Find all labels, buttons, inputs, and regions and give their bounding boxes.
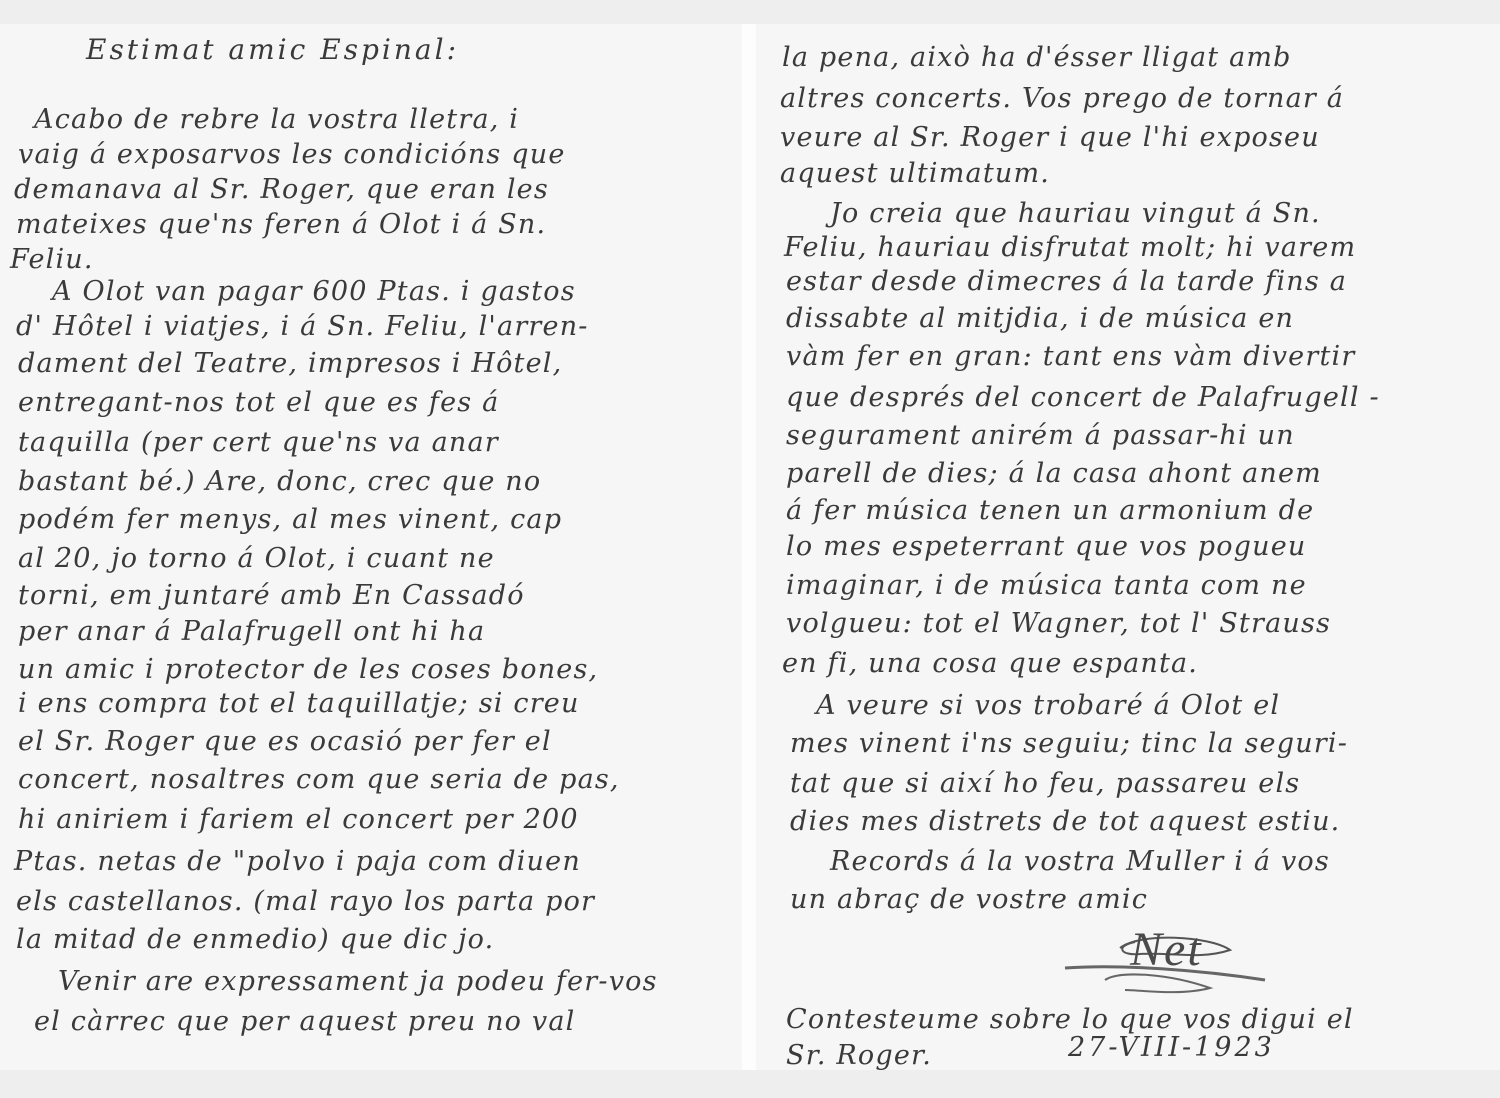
- postscript-line: Contesteume sobre lo que vos digui el: [786, 1006, 1354, 1033]
- letter-line: un amic i protector de les coses bones,: [18, 656, 598, 683]
- letter-line: vàm fer en gran: tant ens vàm divertir: [786, 343, 1355, 370]
- letter-line: demanava al Sr. Roger, que eran les: [14, 176, 549, 203]
- letter-line: parell de dies; á la casa ahont anem: [786, 460, 1322, 487]
- letter-line: d' Hôtel i viatjes, i á Sn. Feliu, l'arr…: [16, 313, 589, 340]
- letter-line: dissabte al mitjdia, i de música en: [786, 305, 1294, 332]
- letter-line: la pena, això ha d'ésser lligat amb: [782, 44, 1292, 71]
- letter-line: en fi, una cosa que espanta.: [782, 650, 1198, 677]
- letter-line: i ens compra tot el taquillatje; si creu: [18, 690, 580, 717]
- letter-line: Jo creia que hauriau vingut á Sn.: [830, 200, 1321, 227]
- letter-line: vaig á exposarvos les condicións que: [18, 141, 566, 168]
- letter-date: 27-VIII-1923: [1068, 1034, 1275, 1061]
- letter-line: Feliu, hauriau disfrutat molt; hi varem: [784, 234, 1356, 261]
- letter-line: concert, nosaltres com que seria de pas,: [18, 766, 620, 793]
- letter-line: els castellanos. (mal rayo los parta por: [16, 888, 595, 915]
- letter-line: lo mes espeterrant que vos pogueu: [786, 533, 1307, 560]
- letter-line: per anar á Palafrugell ont hi ha: [18, 618, 485, 645]
- letter-line: podém fer menys, al mes vinent, cap: [18, 506, 562, 533]
- letter-line: que després del concert de Palafrugell -: [786, 384, 1380, 411]
- letter-line: entregant-nos tot el que es fes á: [18, 389, 499, 416]
- letter-line: el càrrec que per aquest preu no val: [34, 1008, 576, 1035]
- letter-line: la mitad de enmedio) que dic jo.: [16, 926, 494, 953]
- letter-line: segurament anirém á passar-hi un: [786, 422, 1295, 449]
- letter-line: hi aniriem i fariem el concert per 200: [18, 806, 579, 833]
- letter-salutation: Estimat amic Espinal:: [86, 36, 459, 64]
- letter-line: dament del Teatre, impresos i Hôtel,: [18, 350, 562, 377]
- letter-line: á fer música tenen un armonium de: [786, 497, 1314, 524]
- letter-line: Venir are expressament ja podeu fer-vos: [58, 968, 658, 995]
- letter-line: volgueu: tot el Wagner, tot l' Strauss: [786, 610, 1331, 637]
- letter-line: mes vinent i'ns seguiu; tinc la seguri-: [790, 730, 1348, 757]
- letter-line: imaginar, i de música tanta com ne: [786, 572, 1307, 599]
- letter-line: Records á la vostra Muller i á vos: [830, 848, 1330, 875]
- letter-line: Feliu.: [10, 246, 94, 273]
- letter-line: el Sr. Roger que es ocasió per fer el: [18, 728, 552, 755]
- page-gutter: [742, 24, 756, 1070]
- letter-line: al 20, jo torno á Olot, i cuant ne: [18, 545, 495, 572]
- letter-line: un abraç de vostre amic: [790, 886, 1148, 913]
- letter-line: veure al Sr. Roger i que l'hi exposeu: [780, 124, 1320, 151]
- signature: Net: [1130, 922, 1203, 977]
- letter-line: Acabo de rebre la vostra lletra, i: [34, 106, 519, 133]
- letter-line: bastant bé.) Are, donc, crec que no: [18, 468, 541, 495]
- letter-line: aquest ultimatum.: [780, 160, 1050, 187]
- letter-line: mateixes que'ns feren á Olot i á Sn.: [16, 211, 546, 238]
- letter-line: taquilla (per cert que'ns va anar: [18, 429, 499, 456]
- postscript-line: Sr. Roger.: [786, 1042, 932, 1069]
- letter-line: Ptas. netas de "polvo i paja com diuen: [14, 848, 581, 875]
- letter-line: dies mes distrets de tot aquest estiu.: [790, 808, 1340, 835]
- letter-line: estar desde dimecres á la tarde fins a: [786, 268, 1347, 295]
- letter-line: A veure si vos trobaré á Olot el: [816, 692, 1280, 719]
- letter-line: A Olot van pagar 600 Ptas. i gastos: [52, 278, 576, 305]
- letter-line: altres concerts. Vos prego de tornar á: [780, 85, 1344, 112]
- letter-line: torni, em juntaré amb En Cassadó: [18, 582, 525, 609]
- letter-line: tat que si així ho feu, passareu els: [790, 770, 1300, 797]
